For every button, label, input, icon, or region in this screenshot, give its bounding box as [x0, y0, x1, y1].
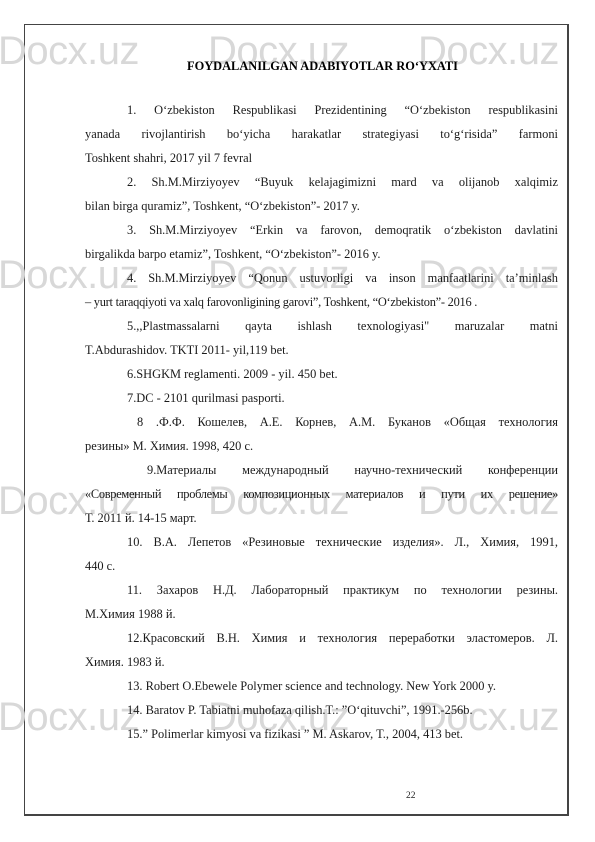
reference-line: 7.DC - 2101 qurilmasi pasporti. — [85, 386, 558, 410]
reference-item: 4. Sh.M.Mirziyoyev “Qonun ustuvorligi va… — [85, 266, 558, 314]
reference-line: 440 с. — [85, 554, 558, 578]
reference-line: T.Abdurashidov. TKTI 2011- yil,119 bet. — [85, 338, 558, 362]
reference-line: 9.Материалы международный научно-техниче… — [85, 458, 558, 482]
reference-line: 14. Baratov P. Tabiatni muhofaza qilish.… — [85, 698, 558, 722]
page-title: FOYDALANILGAN ADABIYOTLAR RO‘YXATI — [187, 59, 458, 74]
reference-line: 8 .Ф.Ф. Кошелев, А.Е. Корнев, А.М. Букан… — [85, 410, 558, 434]
reference-line: 12.Красовский В.Н. Химия и технология пе… — [85, 626, 558, 650]
reference-line: yanada rivojlantirish bo‘yicha harakatla… — [85, 122, 558, 146]
reference-line: М.Химия 1988 й. — [85, 602, 558, 626]
watermark: Docx.uz — [0, 31, 139, 71]
reference-item: 6.SHGKM reglamenti. 2009 - yil. 450 bet. — [85, 362, 558, 386]
reference-item: 7.DC - 2101 qurilmasi pasporti. — [85, 386, 558, 410]
reference-item: 13. Robert O.Ebewele Polymer science and… — [85, 674, 558, 698]
reference-item: 14. Baratov P. Tabiatni muhofaza qilish.… — [85, 698, 558, 722]
reference-item: 3. Sh.M.Mirziyoyev “Erkin va farovon, de… — [85, 218, 558, 266]
reference-item: 9.Материалы международный научно-техниче… — [85, 458, 558, 530]
reference-line: 4. Sh.M.Mirziyoyev “Qonun ustuvorligi va… — [85, 266, 558, 290]
reference-line: «Современный проблемы композиционных мат… — [85, 482, 558, 506]
page-number: 22 — [406, 791, 416, 801]
reference-line: резины» М. Химия. 1998, 420 с. — [85, 434, 558, 458]
reference-line: birgalikda barpo etamiz”, Toshkent, “O‘z… — [85, 242, 558, 266]
reference-item: 10. В.А. Лепетов «Резиновые технические … — [85, 530, 558, 578]
reference-line: – yurt taraqqiyoti va xalq farovonligini… — [85, 290, 558, 314]
reference-line: 1. O‘zbekiston Respublikasi Prezidentini… — [85, 98, 558, 122]
reference-line: 2. Sh.M.Mirziyoyev “Buyuk kelajagimizni … — [85, 170, 558, 194]
reference-line: 13. Robert O.Ebewele Polymer science and… — [85, 674, 558, 698]
reference-line: 11. Захаров Н.Д. Лабораторный практикум … — [85, 578, 558, 602]
reference-item: 11. Захаров Н.Д. Лабораторный практикум … — [85, 578, 558, 626]
reference-item: 5.,,Plastmassalarni qayta ishlash texnol… — [85, 314, 558, 362]
reference-line: 5.,,Plastmassalarni qayta ishlash texnol… — [85, 314, 558, 338]
reference-item: 2. Sh.M.Mirziyoyev “Buyuk kelajagimizni … — [85, 170, 558, 218]
reference-line: Т. 2011 й. 14-15 март. — [85, 506, 558, 530]
reference-item: 1. O‘zbekiston Respublikasi Prezidentini… — [85, 98, 558, 170]
reference-line: Toshkent shahri, 2017 yil 7 fevral — [85, 146, 558, 170]
reference-item: 8 .Ф.Ф. Кошелев, А.Е. Корнев, А.М. Букан… — [85, 410, 558, 458]
reference-line: 15.” Polimerlar kimyosi va fizikasi ” M.… — [85, 722, 558, 746]
reference-item: 12.Красовский В.Н. Химия и технология пе… — [85, 626, 558, 674]
reference-line: 10. В.А. Лепетов «Резиновые технические … — [85, 530, 558, 554]
reference-line: 6.SHGKM reglamenti. 2009 - yil. 450 bet. — [85, 362, 558, 386]
reference-line: 3. Sh.M.Mirziyoyev “Erkin va farovon, de… — [85, 218, 558, 242]
reference-line: Химия. 1983 й. — [85, 650, 558, 674]
reference-line: bilan birga quramiz”, Toshkent, “O‘zbeki… — [85, 194, 558, 218]
reference-item: 15.” Polimerlar kimyosi va fizikasi ” M.… — [85, 722, 558, 746]
